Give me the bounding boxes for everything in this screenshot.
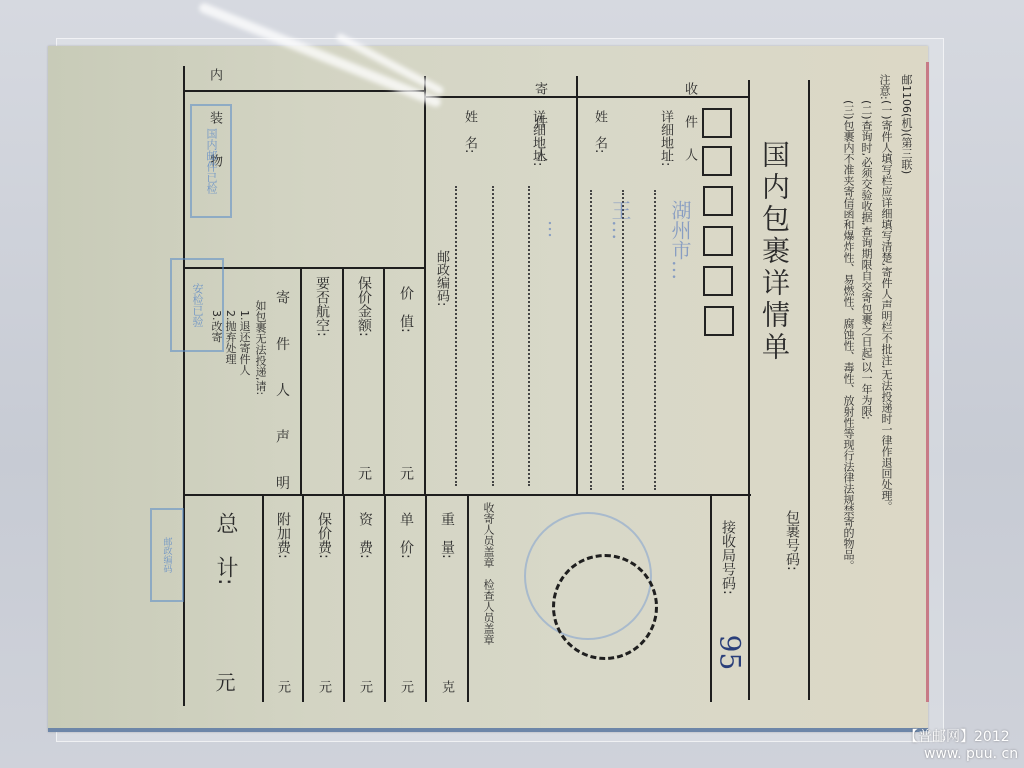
note-1: (一)寄件人填写栏应详细填写清楚,寄件人声明栏不批注,无法投递时一律作退回处理。 bbox=[878, 100, 894, 512]
recipient-top-line bbox=[576, 96, 748, 98]
postcode-box[interactable] bbox=[703, 186, 733, 216]
fee-divider-5 bbox=[262, 496, 264, 702]
sender-address-line-2[interactable] bbox=[492, 186, 494, 486]
recipient-address-line-1[interactable] bbox=[654, 190, 656, 490]
watermark-line-2: www. puu. cn bbox=[924, 746, 1018, 762]
form-title: 国内包裹详情单 bbox=[754, 140, 794, 364]
value-label: 价 值: bbox=[396, 286, 416, 333]
sender-left-line bbox=[424, 76, 426, 496]
note-3: (三)包裹内不准夹寄信函和爆炸性、易燃性、腐蚀性、毒性、放射性等现行法律法规禁寄… bbox=[838, 100, 858, 700]
fee-divider-1 bbox=[425, 496, 427, 702]
fee-header-divider bbox=[467, 496, 469, 702]
sender-name-label: 姓 名: bbox=[460, 110, 479, 153]
insurance-fee-label: 保价费: bbox=[314, 512, 334, 559]
recipient-name-handwriting: 王… bbox=[606, 200, 635, 240]
postcode-box[interactable] bbox=[704, 306, 734, 336]
insured-unit: 元 bbox=[354, 466, 374, 480]
value-divider-1 bbox=[383, 267, 385, 495]
surcharge-unit: 元 bbox=[273, 680, 292, 693]
note-2: (二)查询时,必须交验收据,查询期限自交寄包裹之日起,以一年为限; bbox=[858, 100, 874, 420]
unit-price-label: 单 价: bbox=[396, 512, 416, 559]
receiving-office-value: 95 bbox=[713, 635, 746, 671]
postal-code-stamp: 邮政编码 bbox=[150, 508, 184, 602]
fee-divider-2 bbox=[384, 496, 386, 702]
postcode-box[interactable] bbox=[703, 226, 733, 256]
paper-red-edge bbox=[926, 62, 929, 702]
office-divider-right bbox=[748, 490, 750, 700]
value-unit: 元 bbox=[396, 466, 416, 480]
recipient-name-line[interactable] bbox=[590, 190, 592, 490]
recipient-label: 收件人 bbox=[680, 82, 699, 181]
sender-name-line[interactable] bbox=[455, 186, 457, 486]
form-code: 邮1106(机)(第三联) bbox=[898, 74, 914, 174]
weight-unit: 克 bbox=[437, 680, 456, 693]
recipient-left-line bbox=[576, 76, 578, 496]
recipient-address-label: 详细地址: bbox=[656, 110, 675, 166]
receiving-office-label: 接收局号码: bbox=[718, 520, 738, 595]
postcode-box[interactable] bbox=[703, 266, 733, 296]
sender-address-line-1[interactable] bbox=[528, 186, 530, 486]
sender-top-line bbox=[424, 96, 576, 98]
inspection-stamp-1: 国内邮件已检 bbox=[190, 104, 232, 218]
postmark-placeholder-circle bbox=[552, 554, 658, 660]
surcharge-label: 附加费: bbox=[273, 512, 293, 559]
declaration-prompt: 如包裹无法投递,请: bbox=[252, 300, 268, 395]
parcel-number-label: 包裹号码: bbox=[782, 510, 802, 571]
sender-postcode-label: 邮政编码: bbox=[432, 250, 451, 306]
declaration-option-1[interactable]: 1.退还寄件人 bbox=[236, 310, 252, 376]
value-divider-2 bbox=[342, 267, 344, 495]
frame-line-right bbox=[808, 80, 810, 700]
fee-divider-3 bbox=[343, 496, 345, 702]
watermark-line-1: 【普邮网】2012 bbox=[904, 726, 1010, 746]
unit-price-unit: 元 bbox=[396, 680, 415, 693]
postcode-box[interactable] bbox=[702, 146, 732, 176]
sender-address-label: 详细地址: bbox=[528, 110, 547, 166]
staff-stamp-header: 收寄人员盖章 检查人员盖章 bbox=[480, 502, 496, 645]
title-divider bbox=[748, 80, 750, 490]
insured-label: 保价金额: bbox=[354, 276, 374, 337]
contents-left-line bbox=[183, 66, 185, 706]
postage-label: 资 费: bbox=[355, 512, 375, 559]
office-divider-left bbox=[710, 496, 712, 702]
postage-unit: 元 bbox=[355, 680, 374, 693]
insurance-fee-unit: 元 bbox=[314, 680, 333, 693]
sender-address-handwriting: … bbox=[544, 220, 565, 238]
air-label: 要否航空: bbox=[312, 276, 332, 337]
fee-divider-4 bbox=[302, 496, 304, 702]
postcode-box[interactable] bbox=[702, 108, 732, 138]
weight-label: 重 量: bbox=[437, 512, 457, 559]
total-label: 总 计: bbox=[210, 512, 241, 585]
value-divider-3 bbox=[300, 267, 302, 495]
recipient-address-handwriting: 湖州市… bbox=[666, 200, 695, 280]
declaration-title: 寄 件 人 声 明 bbox=[272, 290, 292, 504]
recipient-name-label: 姓 名: bbox=[590, 110, 609, 153]
total-unit: 元 bbox=[210, 672, 239, 692]
declaration-option-2[interactable]: 2.抛弃处理 bbox=[222, 310, 238, 365]
declaration-option-3[interactable]: 3.改寄 bbox=[208, 310, 224, 343]
